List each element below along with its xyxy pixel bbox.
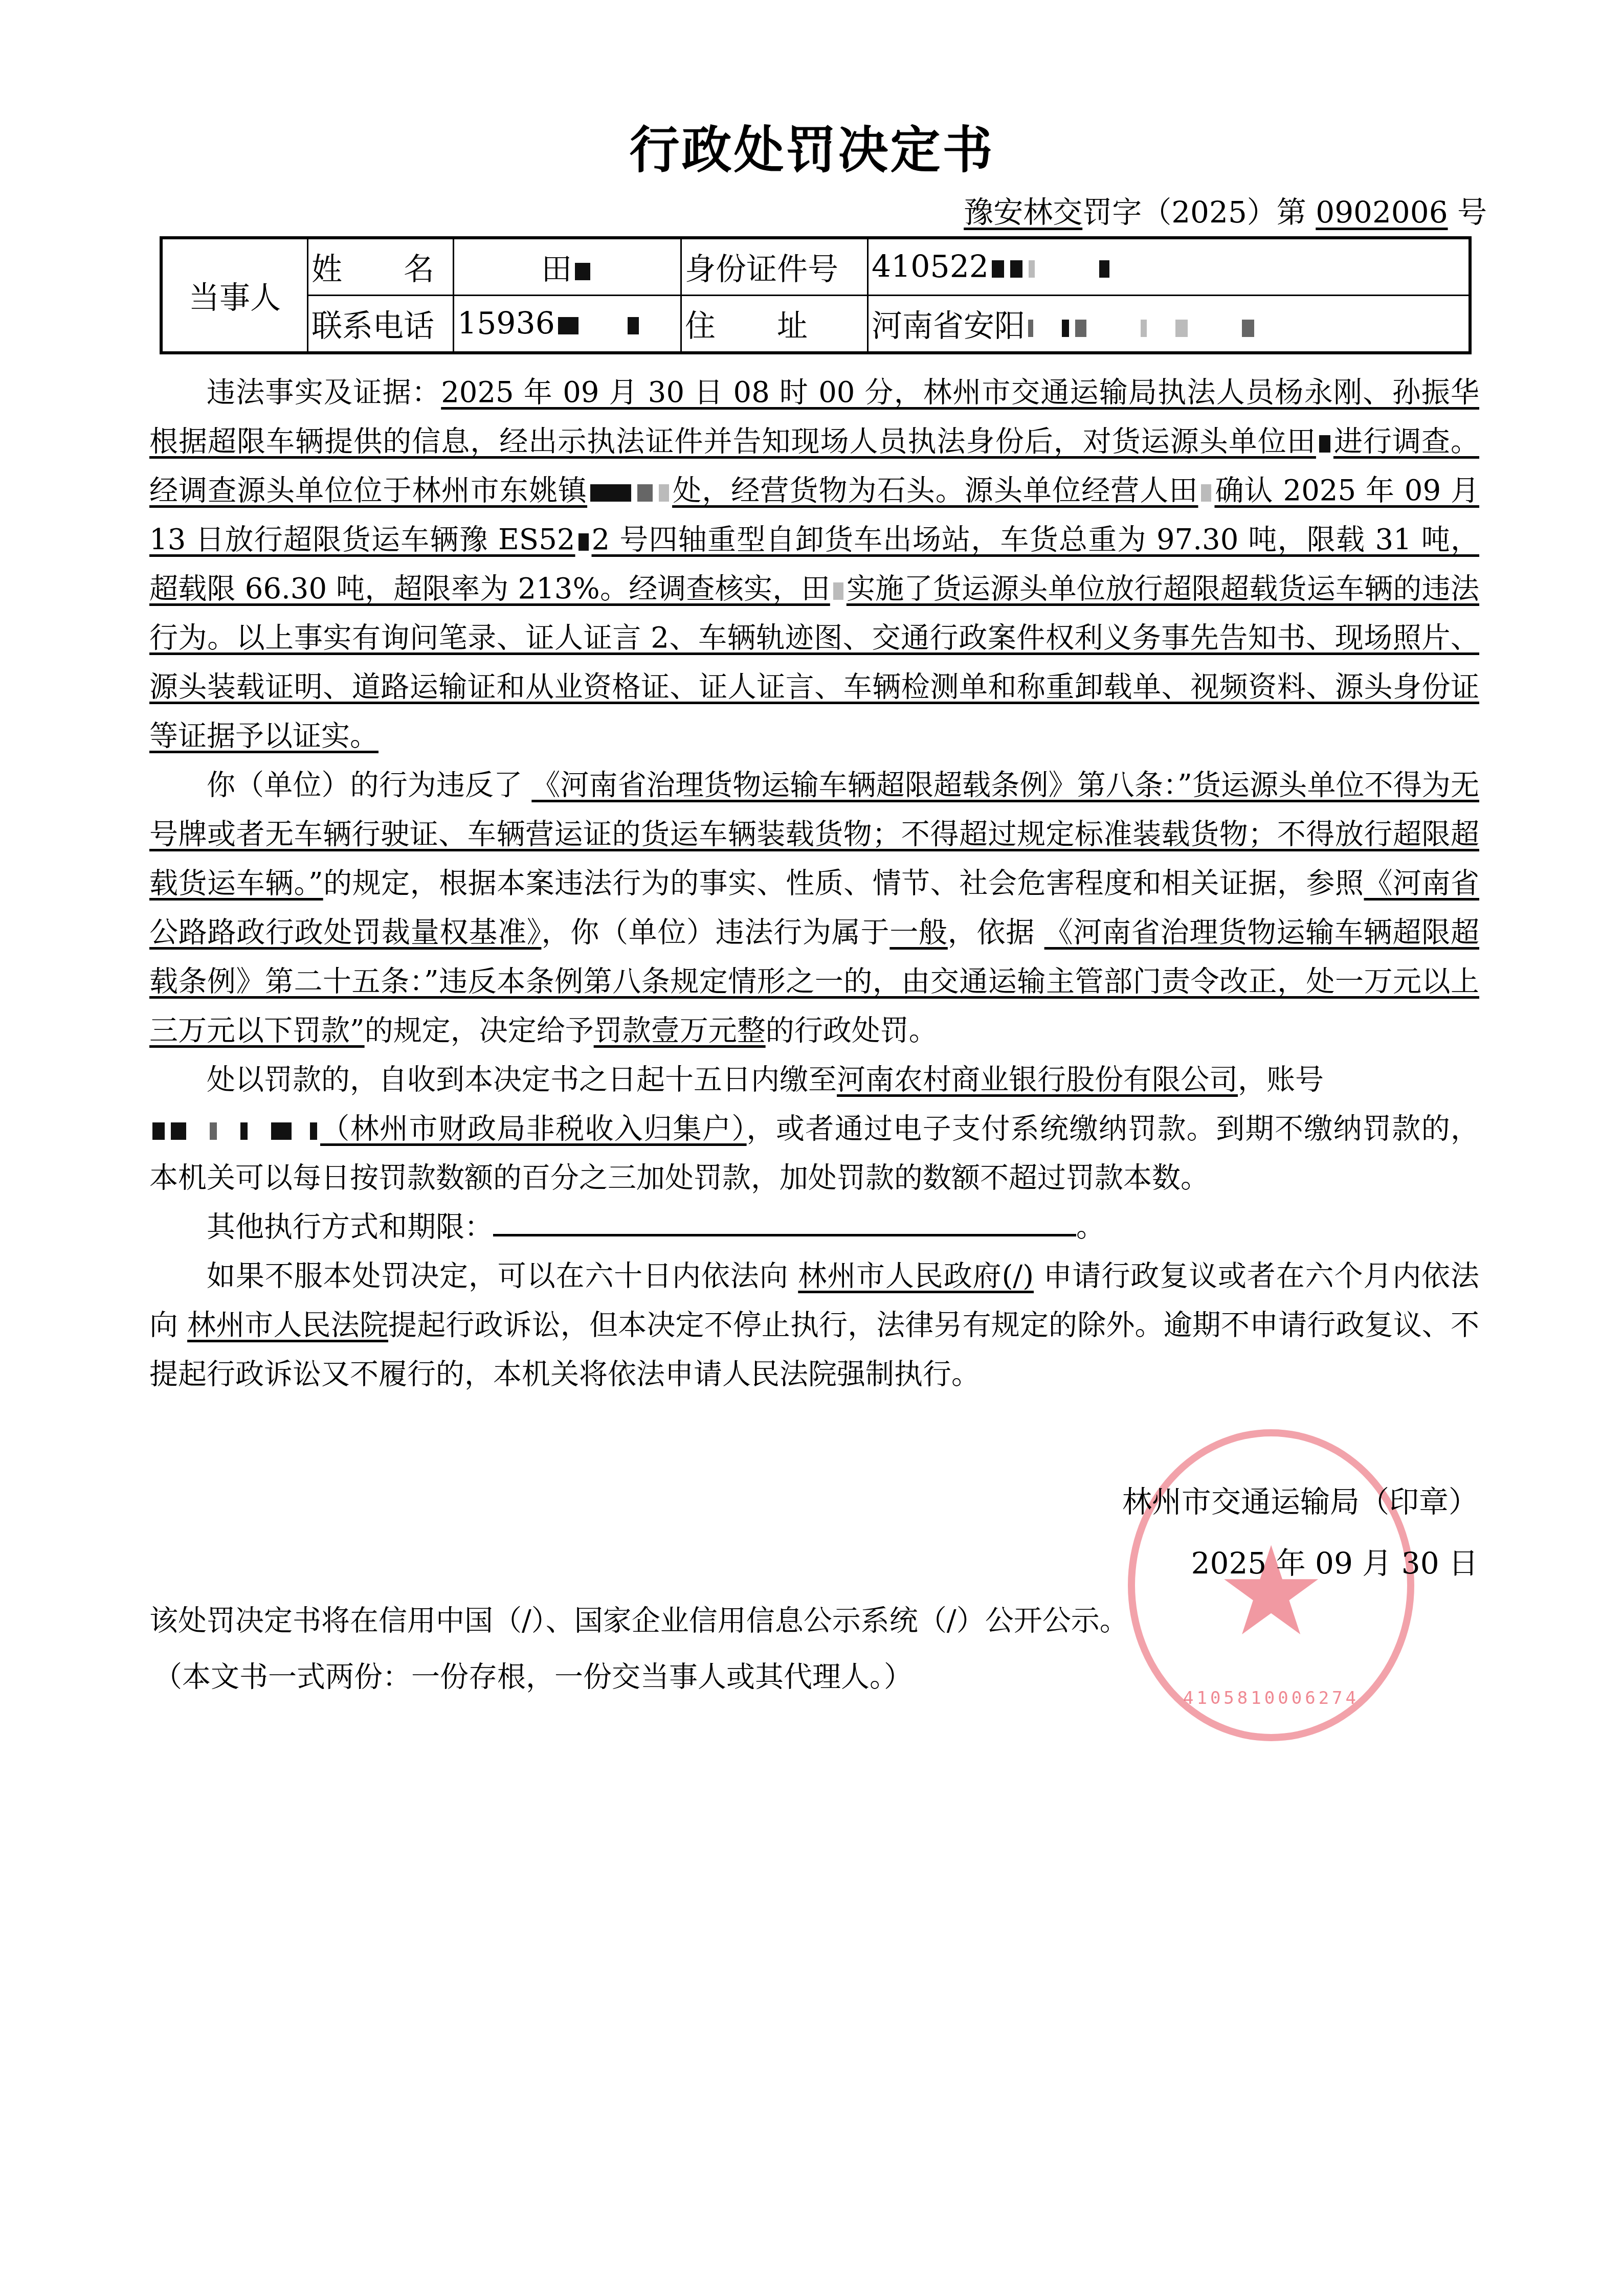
address-value: 河南省安阳 <box>868 296 1471 353</box>
redacted-block <box>1028 320 1033 337</box>
other-enforcement-line: 其他执行方式和期限：。 <box>149 1203 1479 1252</box>
bank-name: 河南农村商业银行股份有限公司 <box>837 1063 1238 1096</box>
seal-code: 4105810006274 <box>1135 1688 1407 1708</box>
redacted-block <box>590 484 631 502</box>
phone-label: 联系电话 <box>308 296 454 353</box>
account-label: ，账号 <box>1238 1063 1324 1096</box>
document-number: 豫安林交罚字（2025）第 0902006 号 <box>964 188 1487 231</box>
name-text: 田 <box>541 252 572 287</box>
violation-lead: 你（单位）的行为违反了 <box>207 769 522 802</box>
redacted-block <box>1175 320 1188 337</box>
doc-number-suffix: 号 <box>1457 195 1487 230</box>
id-label: 身份证件号 <box>681 238 868 296</box>
review-body: 林州市人民政府(/) <box>798 1259 1034 1293</box>
redacted-block <box>210 1122 217 1140</box>
redacted-block <box>579 533 589 551</box>
facts-label: 违法事实及证据： <box>207 376 441 409</box>
violation-paragraph: 你（单位）的行为违反了 《河南省治理货物运输车辆超限超载条例》第八条：”货运源头… <box>149 761 1479 1055</box>
redacted-block <box>628 317 639 334</box>
doc-number-middle: 罚字（2025）第 <box>1082 195 1306 230</box>
redacted-block <box>659 484 669 502</box>
issue-date: 2025 年 09 月 30 日 <box>1191 1539 1478 1582</box>
redacted-block <box>992 260 1004 278</box>
publicity-notice: 该处罚决定书将在信用中国（/）、国家企业信用信息公示系统（/）公开公示。 <box>149 1598 1128 1639</box>
other-enforcement-label: 其他执行方式和期限： <box>207 1210 493 1244</box>
redacted-block <box>637 484 653 502</box>
penalty-decision-document: 行政处罚决定书 豫安林交罚字（2025）第 0902006 号 当事人 姓 名 … <box>0 0 1624 2296</box>
redacted-block <box>575 263 590 280</box>
facts-paragraph: 违法事实及证据：2025 年 09 月 30 日 08 时 00 分，林州市交通… <box>149 368 1479 761</box>
document-title: 行政处罚决定书 <box>0 110 1624 182</box>
court-name: 林州市人民法院 <box>187 1309 388 1342</box>
facts-text-3: 处，经营货物为石头。源头单位经营人田 <box>672 474 1198 507</box>
name-label: 姓 名 <box>308 238 454 296</box>
redacted-block <box>558 317 579 334</box>
party-row-header: 当事人 <box>161 238 308 353</box>
appeal-lead: 如果不服本处罚决定，可以在六十日内依法向 <box>207 1259 798 1293</box>
redacted-block <box>1010 260 1022 278</box>
document-body: 违法事实及证据：2025 年 09 月 30 日 08 时 00 分，林州市交通… <box>149 368 1479 1399</box>
party-info-table: 当事人 姓 名 田 身份证件号 410522 联系电话 15936 住 址 河南… <box>160 236 1472 354</box>
account-number-redacted: （林州市财政局非税收入归集户） <box>149 1112 747 1145</box>
redacted-block <box>1075 320 1086 337</box>
phone-value: 15936 <box>454 296 681 353</box>
violation-text: 的规定，决定给予 <box>365 1014 594 1047</box>
doc-number-value: 0902006 <box>1316 195 1448 230</box>
payment-lead: 处以罚款的，自收到本决定书之日起十五日内缴至 <box>207 1063 837 1096</box>
violation-text: 的规定，根据本案违法行为的事实、性质、情节、社会危害程度和相关证据，参照 <box>323 867 1364 900</box>
violation-text: ，你（单位）违法行为属于 <box>541 916 889 949</box>
redacted-block <box>833 582 843 600</box>
id-value: 410522 <box>868 238 1471 296</box>
phone-text: 15936 <box>457 306 555 342</box>
issuing-authority: 林州市交通运输局（印章） <box>1122 1478 1478 1521</box>
facts-text: 2025 年 09 月 30 日 08 时 00 分，林州市交通运输局执法人员杨… <box>149 376 1479 753</box>
redacted-block <box>152 1122 165 1140</box>
doc-number-prefix: 豫安林交 <box>964 195 1082 230</box>
violation-text: 的行政处罚。 <box>766 1014 938 1047</box>
redacted-block <box>271 1122 292 1140</box>
redacted-block <box>1141 320 1147 337</box>
penalty-amount: 罚款壹万元整 <box>594 1014 766 1047</box>
redacted-block <box>240 1122 248 1140</box>
official-seal: ★ 4105810006274 <box>1128 1429 1414 1741</box>
redacted-block <box>1062 320 1069 337</box>
violation-level: 一般 <box>889 916 948 949</box>
name-value: 田 <box>454 238 681 296</box>
other-enforcement-blank <box>493 1208 1076 1236</box>
redacted-block <box>1319 435 1330 453</box>
account-owner: （林州市财政局非税收入归集户） <box>320 1112 747 1145</box>
appeal-paragraph: 如果不服本处罚决定，可以在六十日内依法向 林州市人民政府(/) 申请行政复议或者… <box>149 1252 1479 1399</box>
redacted-block <box>171 1122 186 1140</box>
redacted-block <box>1099 260 1109 278</box>
id-text: 410522 <box>872 249 989 285</box>
other-enforcement-end: 。 <box>1076 1210 1105 1244</box>
redacted-block <box>1201 484 1211 502</box>
copies-note: （本文书一式两份：一份存根，一份交当事人或其代理人。） <box>153 1654 913 1695</box>
redacted-block <box>1242 320 1254 337</box>
payment-paragraph: 处以罚款的，自收到本决定书之日起十五日内缴至河南农村商业银行股份有限公司，账号 … <box>149 1055 1479 1203</box>
address-text: 河南省安阳 <box>872 308 1025 344</box>
redacted-block <box>1029 260 1035 278</box>
redacted-block <box>310 1122 317 1140</box>
address-label: 住 址 <box>681 296 868 353</box>
violation-text: ，依据 <box>948 916 1035 949</box>
